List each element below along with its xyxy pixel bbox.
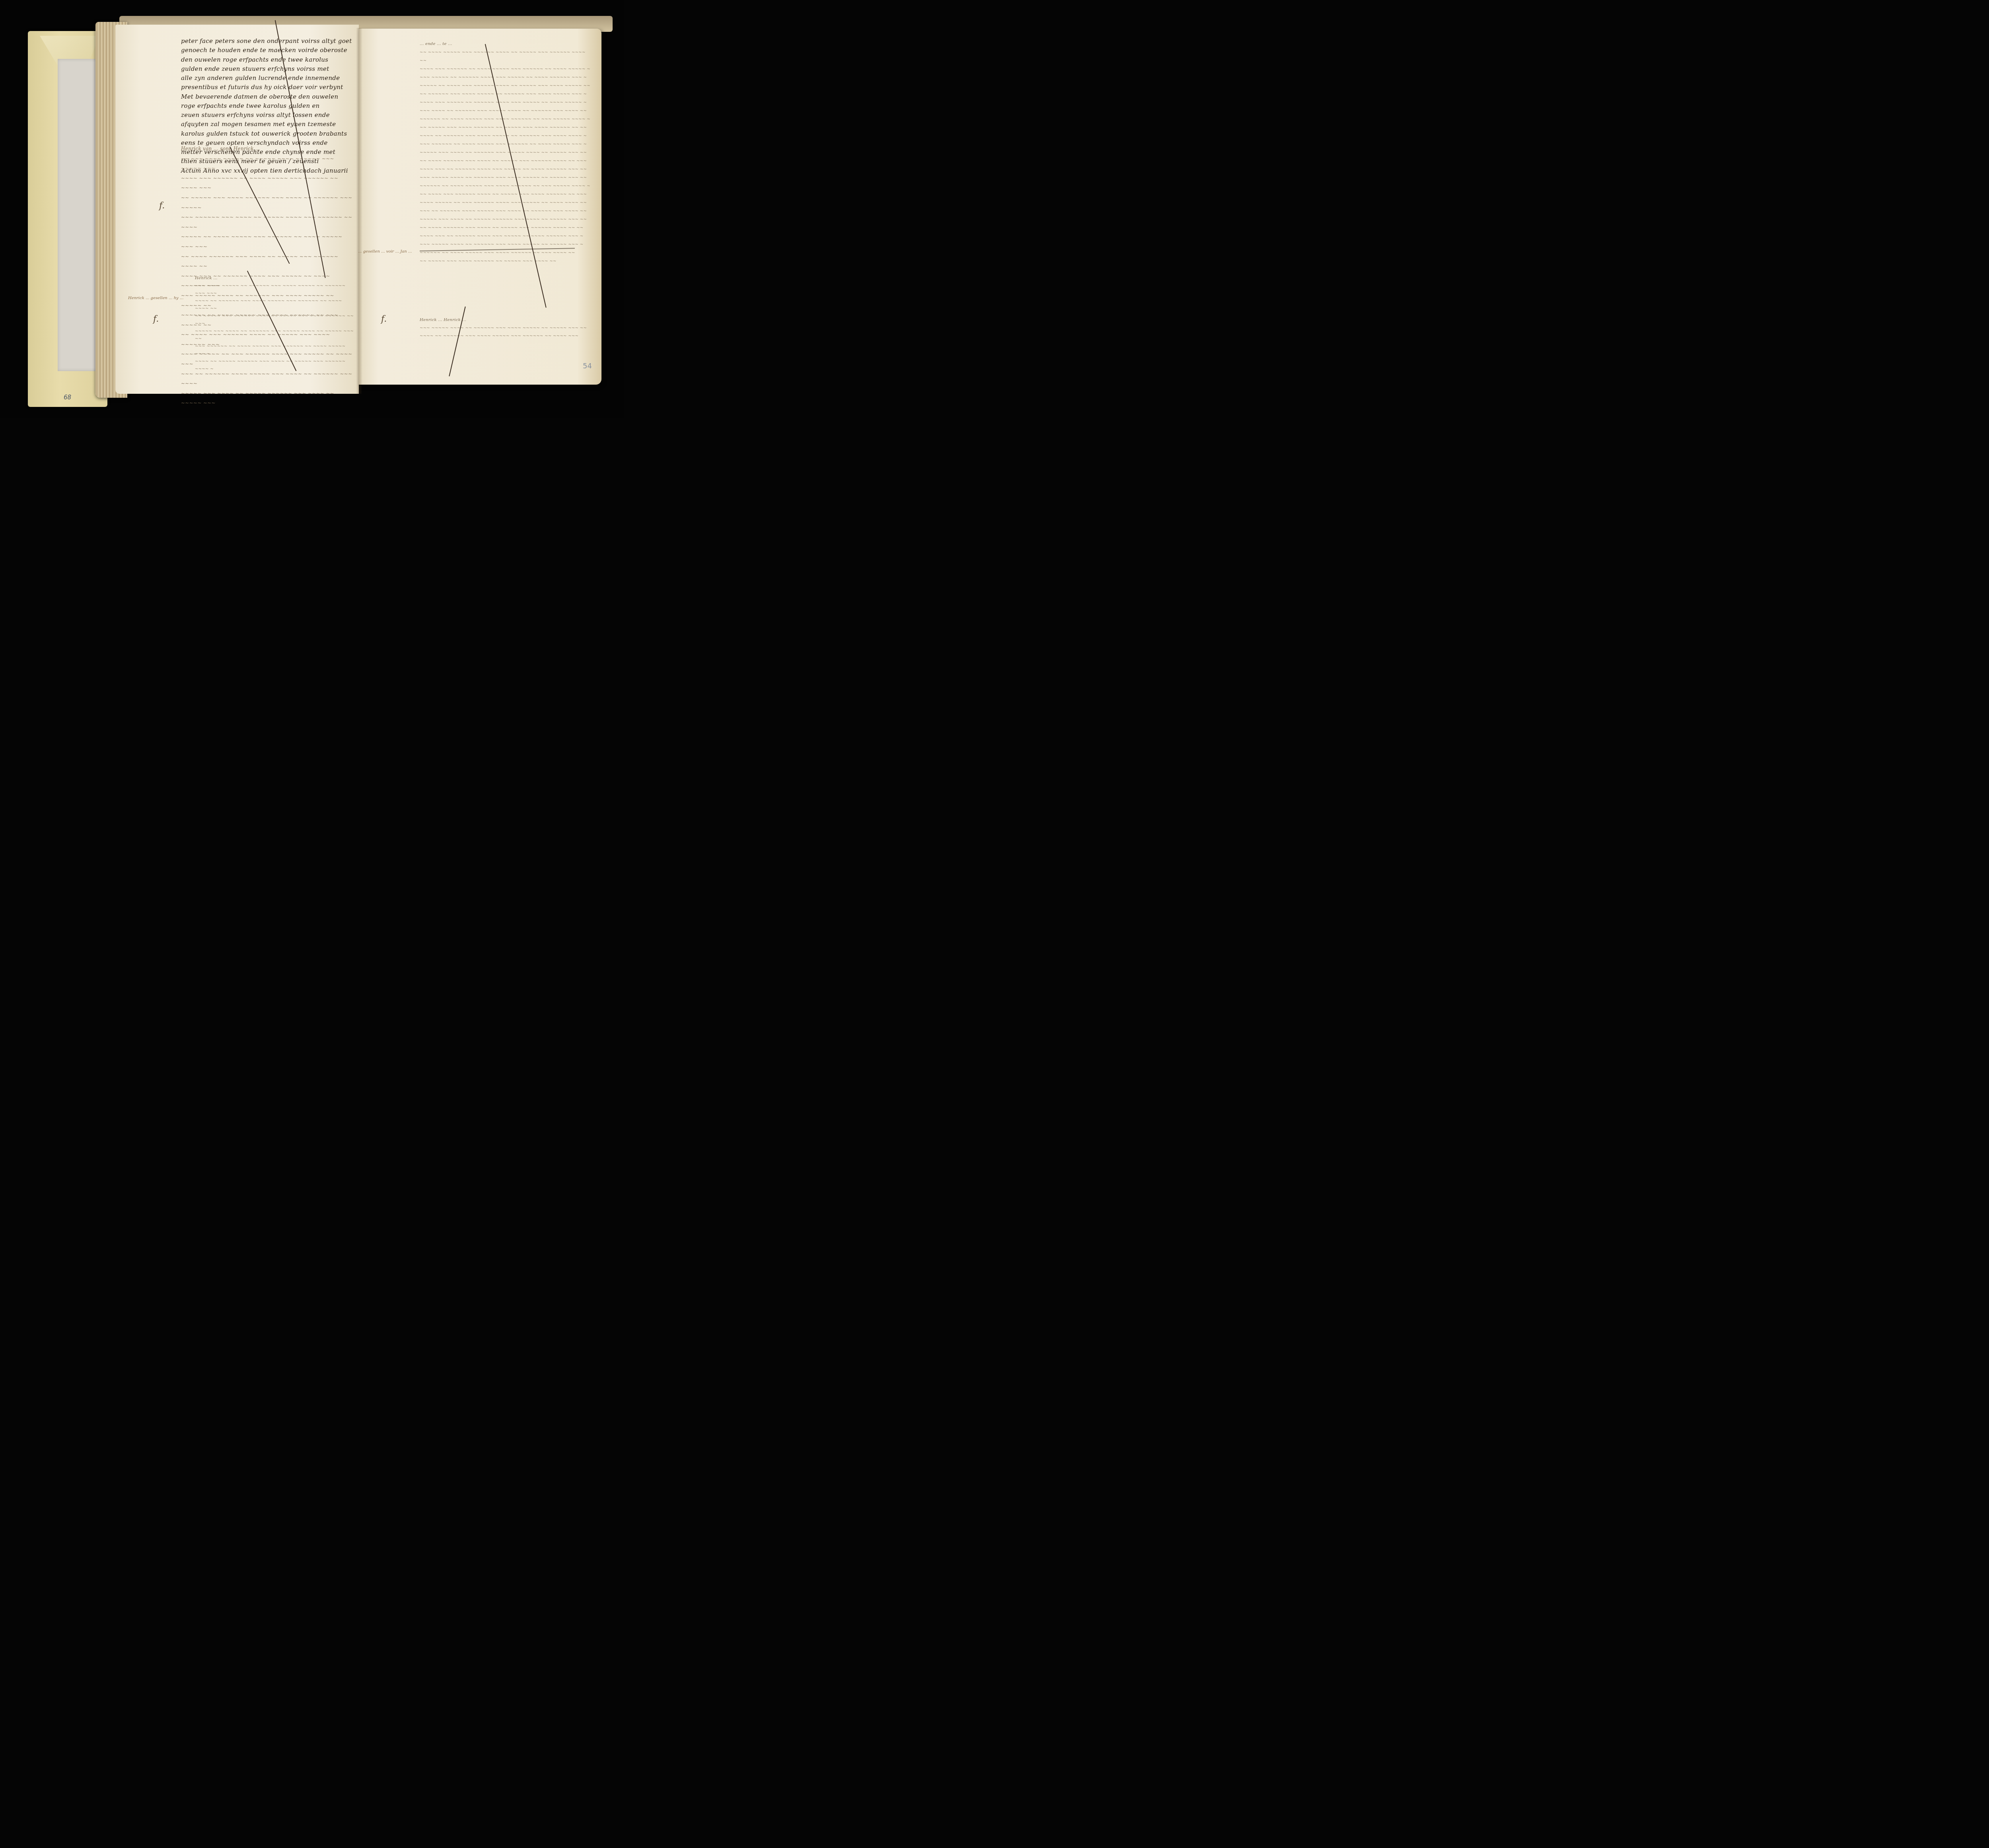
right-margin-mark: f.	[381, 314, 387, 324]
left-margin-note: Henrick ... gesellen ... hy ...	[128, 295, 184, 301]
text-line: gulden ende zeuen stuuers erfchyns voirs…	[181, 64, 356, 74]
right-entry-2: Henrick ... Henrick ... ~~~ ~~~~~ ~~~~ ~…	[420, 316, 591, 340]
left-margin-mark-1: f.	[159, 201, 165, 211]
book-gutter	[356, 28, 362, 394]
text-line: zeuen stuuers erfchyns voirss altyt loss…	[181, 111, 356, 120]
entry-heading: Henrick ...	[195, 274, 356, 282]
entry-heading: ... ende ... te ...	[420, 40, 591, 48]
text-line: genoech te houden ende te maecken voirde…	[181, 46, 356, 55]
text-line: karolus gulden tstuck tot ouwerick groot…	[181, 129, 356, 138]
right-entry-1: ... ende ... te ... ~~ ~~~~ ~~~~~ ~~~ ~~…	[420, 40, 591, 265]
page-number: 54	[583, 362, 592, 370]
text-line: roge erfpachts ende twee karolus gulden …	[181, 101, 356, 111]
text-line: den ouwelen roge erfpachts ende twee kar…	[181, 55, 356, 64]
text-line: alle zyn anderen gulden lucrende ende in…	[181, 74, 356, 83]
paper-insert	[58, 59, 99, 371]
text-line: presentibus et futuris dus hy oick daer …	[181, 83, 356, 92]
entry-heading: Henrick ... Henrick ...	[420, 316, 591, 324]
catalog-label: 68	[64, 394, 71, 401]
text-line: afquyten zal mogen tesamen met eynen tze…	[181, 120, 356, 129]
center-margin-note: ... gesellen ... voir ... Jan ...	[358, 249, 418, 255]
entry-heading: Henrick van ... sone Henrick ...	[181, 144, 356, 154]
left-margin-mark-2: f.	[153, 314, 159, 324]
text-line: Met bevaerende datmen de oberoste den ou…	[181, 92, 356, 101]
text-line: peter face peters sone den onderpant voi…	[181, 37, 356, 46]
left-entry-3: Henrick ... ~~~ ~~~~ ~~~~~ ~~ ~~~~~~ ~~~…	[195, 274, 356, 373]
